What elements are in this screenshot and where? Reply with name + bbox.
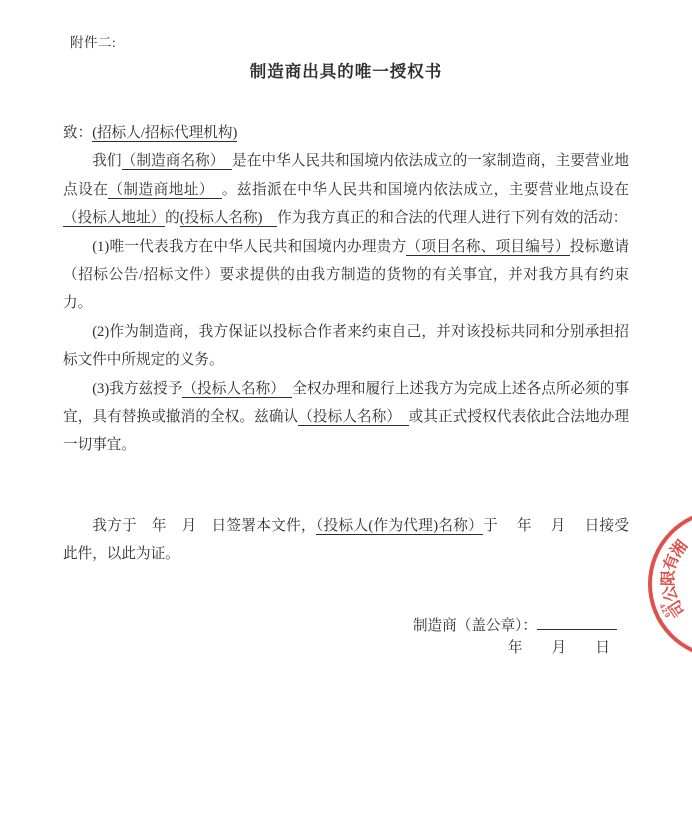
text-run: (1)唯一代表我方在中华人民共和国境内办理贵方 [92,239,406,255]
fill-in-field: （制造商地址） [108,182,222,199]
manufacturer-seal-line: 制造商（盖公章）： [413,615,617,638]
paragraph-intro: 我们（制造商名称） 是在中华人民共和国境内依法成立的一家制造商，主要营业地点设在… [63,147,629,232]
text-run: 作为我方真正的和合法的代理人进行下列有效的活动： [277,210,627,226]
text-run: (3)我方兹授予 [92,381,182,397]
text-run: 的 [165,210,180,226]
document-page: 附件二: 制造商出具的唯一授权书 致：(招标人/招标代理机构)我们（制造商名称）… [0,0,692,820]
seal-arc-character: 公 [656,583,683,605]
manufacturer-seal-label: 制造商（盖公章）： [413,618,537,634]
seal-number: 429 [658,602,674,620]
fill-in-field: （制造商名称） [122,153,232,170]
text-run: 致： [63,125,92,141]
signature-blank-field [537,615,617,630]
fill-in-field: (招标人/招标代理机构) [92,125,237,142]
paragraph-item-3: (3)我方兹授予（投标人名称） 全权办理和履行上述我方为完成上述各点所必须的事宜… [63,375,629,460]
fill-in-field: （投标人名称） [298,409,408,426]
seal-arc-character: 限 [655,570,679,587]
text-run: 。兹指派在中华人民共和国境内依法成立，主要营业地点设在 [222,182,629,198]
text-run: 我方于 年 月 日签署本文件， [92,518,316,534]
attachment-label: 附件二: [70,31,116,51]
signoff-date-line: 年 月 日 [413,638,617,660]
seal-arc-character: 有 [657,551,684,574]
document-title: 制造商出具的唯一授权书 [0,58,692,82]
seal-arc-character: 司 [662,596,690,622]
fill-in-field: （投标人名称） [182,381,292,398]
seal-ring [648,509,692,659]
signoff-block: 制造商（盖公章）： 年 月 日 [413,615,617,659]
paragraph-item-2: (2)作为制造商，我方保证以投标合作者来约束自己，并对该投标共同和分别承担招标文… [63,318,629,375]
seal-arc-character: 湘 [664,535,692,562]
fill-in-field: （投标人(作为代理)名称） [316,518,483,535]
document-body: 致：(招标人/招标代理机构)我们（制造商名称） 是在中华人民共和国境内依法成立的… [63,119,629,569]
paragraph-signature-statement: 我方于 年 月 日签署本文件，（投标人(作为代理)名称）于 年 月 日接受此件，… [63,512,629,569]
salutation: 致：(招标人/招标代理机构) [63,119,629,147]
text-run: (2)作为制造商，我方保证以投标合作者来约束自己，并对该投标共同和分别承担招标文… [63,324,629,368]
fill-in-field: （项目名称、项目编号） [406,239,569,256]
fill-in-field: （投标人地址） [63,210,165,227]
fill-in-field: (投标人名称) [180,210,277,227]
paragraph-item-1: (1)唯一代表我方在中华人民共和国境内办理贵方（项目名称、项目编号）投标邀请（招… [63,233,629,318]
text-run: 我们 [92,153,121,169]
